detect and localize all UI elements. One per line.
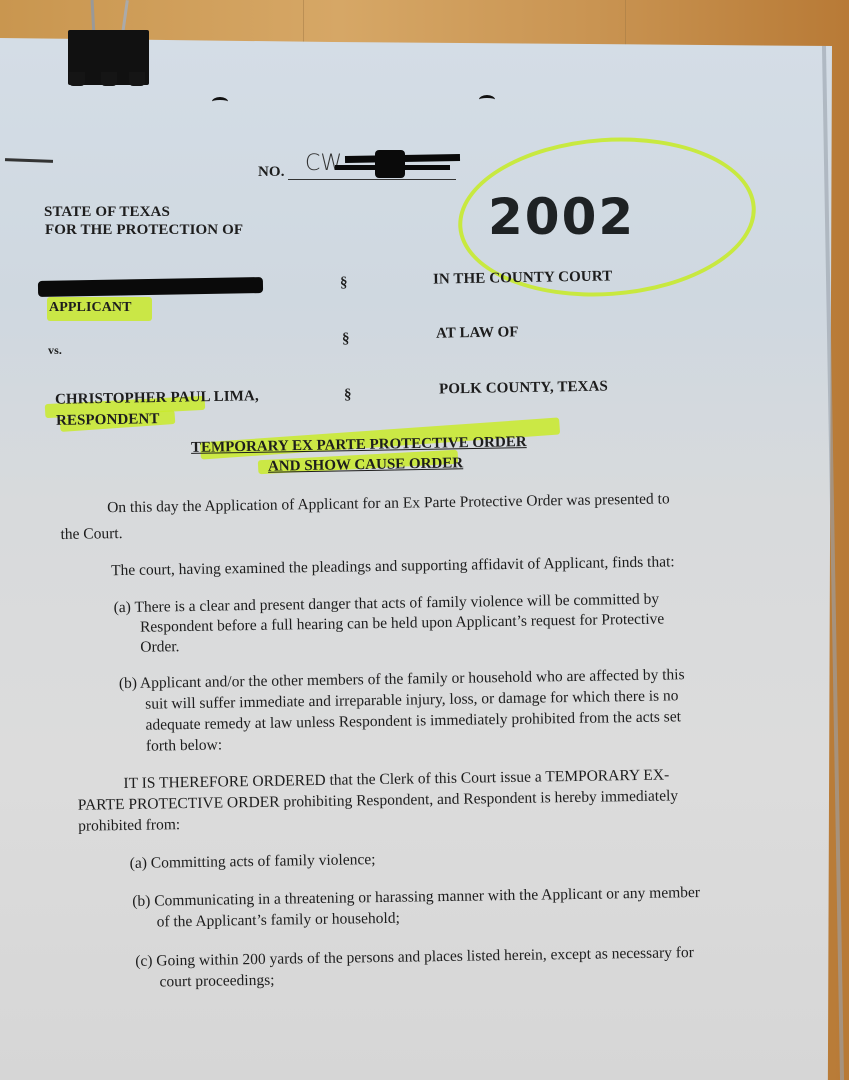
case-number-underline — [288, 179, 456, 180]
intro-line-2: the Court. — [60, 525, 122, 544]
punch-hole-mark — [212, 97, 228, 106]
respondent-label: RESPONDENT — [56, 411, 160, 430]
finding-a-line-3: Order. — [140, 638, 179, 657]
section-symbol: § — [344, 387, 352, 404]
section-symbol: § — [342, 331, 350, 348]
applicant-label: APPLICANT — [49, 300, 132, 316]
redaction-bar — [375, 150, 405, 178]
punch-hole-mark — [479, 95, 495, 104]
court-line-2: AT LAW OF — [436, 324, 519, 342]
court-line-3: POLK COUNTY, TEXAS — [439, 379, 608, 399]
section-symbol: § — [340, 275, 348, 292]
prohibition-b-line-2: of the Applicant’s family or household; — [157, 910, 400, 932]
desk-seam — [625, 0, 626, 45]
prohibition-c-line-2: court proceedings; — [159, 972, 274, 992]
order-title-line-2: AND SHOW CAUSE ORDER — [268, 455, 463, 475]
court-line-1: IN THE COUNTY COURT — [433, 268, 613, 288]
order-line-3: prohibited from: — [78, 816, 180, 836]
versus-label: vs. — [48, 343, 62, 358]
respondent-name: CHRISTOPHER PAUL LIMA, — [55, 388, 259, 409]
finding-b-line-4: forth below: — [146, 736, 222, 755]
prohibition-a: (a) Committing acts of family violence; — [130, 851, 376, 873]
case-number-handwritten: CW — [305, 151, 342, 176]
case-number-label: NO. — [258, 164, 285, 181]
desk-seam — [303, 0, 304, 45]
caption-protection-of: FOR THE PROTECTION OF — [45, 222, 243, 239]
caption-state: STATE OF TEXAS — [44, 204, 170, 221]
handwritten-number: 2002 — [488, 188, 635, 246]
